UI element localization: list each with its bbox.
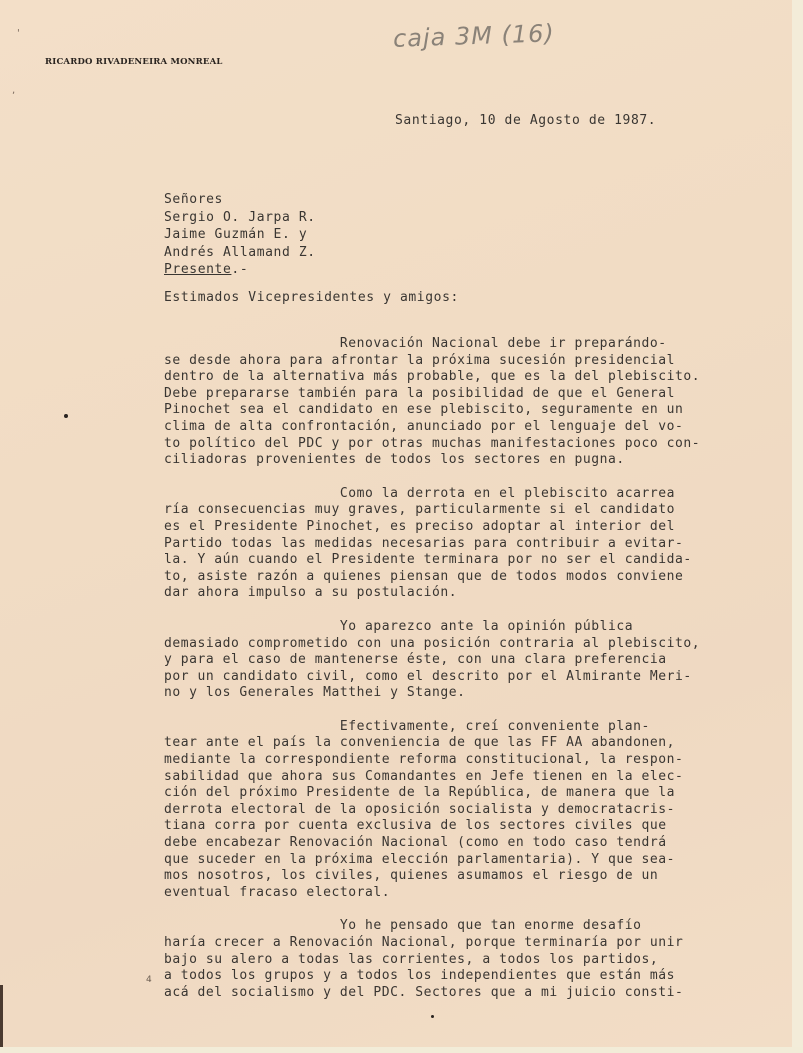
- text-line: tear ante el país la conveniencia de que…: [164, 735, 803, 752]
- recipients-greeting: Señores: [164, 191, 316, 209]
- text-line: por un candidato civil, como el descrito…: [164, 669, 803, 686]
- text-line: se desde ahora para afrontar la próxima …: [164, 353, 803, 370]
- archive-annotation: caja 3M (16): [393, 19, 556, 53]
- letter-body: Renovación Nacional debe ir preparándo-s…: [164, 336, 803, 1018]
- text-line: haría crecer a Renovación Nacional, porq…: [164, 935, 803, 952]
- text-line: dar ahora impulso a su postulación.: [164, 585, 803, 602]
- text-line: to, asiste razón a quienes piensan que d…: [164, 569, 803, 586]
- text-line: mediante la correspondiente reforma cons…: [164, 752, 803, 769]
- text-line: Partido todas las medidas necesarias par…: [164, 536, 803, 553]
- presente-line: Presente.-: [164, 261, 316, 279]
- text-line: sabilidad que ahora sus Comandantes en J…: [164, 769, 803, 786]
- text-line: ción del próximo Presidente de la Repúbl…: [164, 785, 803, 802]
- text-line: que suceder en la próxima elección parla…: [164, 852, 803, 869]
- text-line: bajo su alero a todas las corrientes, a …: [164, 952, 803, 969]
- text-line: Efectivamente, creí conveniente plan-: [164, 719, 803, 736]
- text-line: a todos los grupos y a todos los indepen…: [164, 968, 803, 985]
- salutation: Estimados Vicepresidentes y amigos:: [164, 290, 459, 305]
- date-line: Santiago, 10 de Agosto de 1987.: [395, 113, 656, 128]
- text-line: ciliadoras provenientes de todos los sec…: [164, 452, 803, 469]
- recipients-block: Señores Sergio O. Jarpa R. Jaime Guzmán …: [164, 191, 316, 279]
- paragraph: Efectivamente, creí conveniente plan-tea…: [164, 719, 803, 902]
- text-line: tiana corra por cuenta exclusiva de los …: [164, 818, 803, 835]
- paragraph: Yo aparezco ante la opinión públicademas…: [164, 619, 803, 702]
- text-line: Yo aparezco ante la opinión pública: [164, 619, 803, 636]
- scan-edge-bottom: [0, 1047, 803, 1053]
- margin-dot: [64, 414, 68, 418]
- text-line: mos nosotros, los civiles, quienes asuma…: [164, 868, 803, 885]
- recipient-name: Jaime Guzmán E. y: [164, 226, 316, 244]
- margin-mark: ': [17, 28, 20, 39]
- text-line: ría consecuencias muy graves, particular…: [164, 502, 803, 519]
- text-line: debe encabezar Renovación Nacional (como…: [164, 835, 803, 852]
- margin-mark: ,: [12, 85, 15, 96]
- text-line: Como la derrota en el plebiscito acarrea: [164, 486, 803, 503]
- page-number: 4: [146, 975, 152, 985]
- presente-suffix: .-: [231, 262, 248, 277]
- text-line: demasiado comprometido con una posición …: [164, 636, 803, 653]
- recipient-name: Sergio O. Jarpa R.: [164, 209, 316, 227]
- text-line: eventual fracaso electoral.: [164, 885, 803, 902]
- text-line: derrota electoral de la oposición social…: [164, 802, 803, 819]
- paragraph: Como la derrota en el plebiscito acarrea…: [164, 486, 803, 602]
- text-line: es el Presidente Pinochet, es preciso ad…: [164, 519, 803, 536]
- text-line: Pinochet sea el candidato en ese plebisc…: [164, 402, 803, 419]
- text-line: la. Y aún cuando el Presidente terminara…: [164, 552, 803, 569]
- text-line: clima de alta confrontación, anunciado p…: [164, 419, 803, 436]
- paragraph: Yo he pensado que tan enorme desafíoharí…: [164, 918, 803, 1001]
- text-line: Debe prepararse también para la posibili…: [164, 386, 803, 403]
- paragraph: Renovación Nacional debe ir preparándo-s…: [164, 336, 803, 469]
- letterhead: RICARDO RIVADENEIRA MONREAL: [45, 57, 223, 67]
- presente-word: Presente: [164, 262, 231, 277]
- text-line: to político del PDC y por otras muchas m…: [164, 436, 803, 453]
- scan-shadow: [0, 985, 3, 1047]
- text-line: acá del socialismo y del PDC. Sectores q…: [164, 985, 803, 1002]
- text-line: Yo he pensado que tan enorme desafío: [164, 918, 803, 935]
- recipient-name: Andrés Allamand Z.: [164, 244, 316, 262]
- text-line: Renovación Nacional debe ir preparándo-: [164, 336, 803, 353]
- speck: [431, 1015, 434, 1018]
- text-line: no y los Generales Matthei y Stange.: [164, 685, 803, 702]
- text-line: dentro de la alternativa más probable, q…: [164, 369, 803, 386]
- text-line: y para el caso de mantenerse éste, con u…: [164, 652, 803, 669]
